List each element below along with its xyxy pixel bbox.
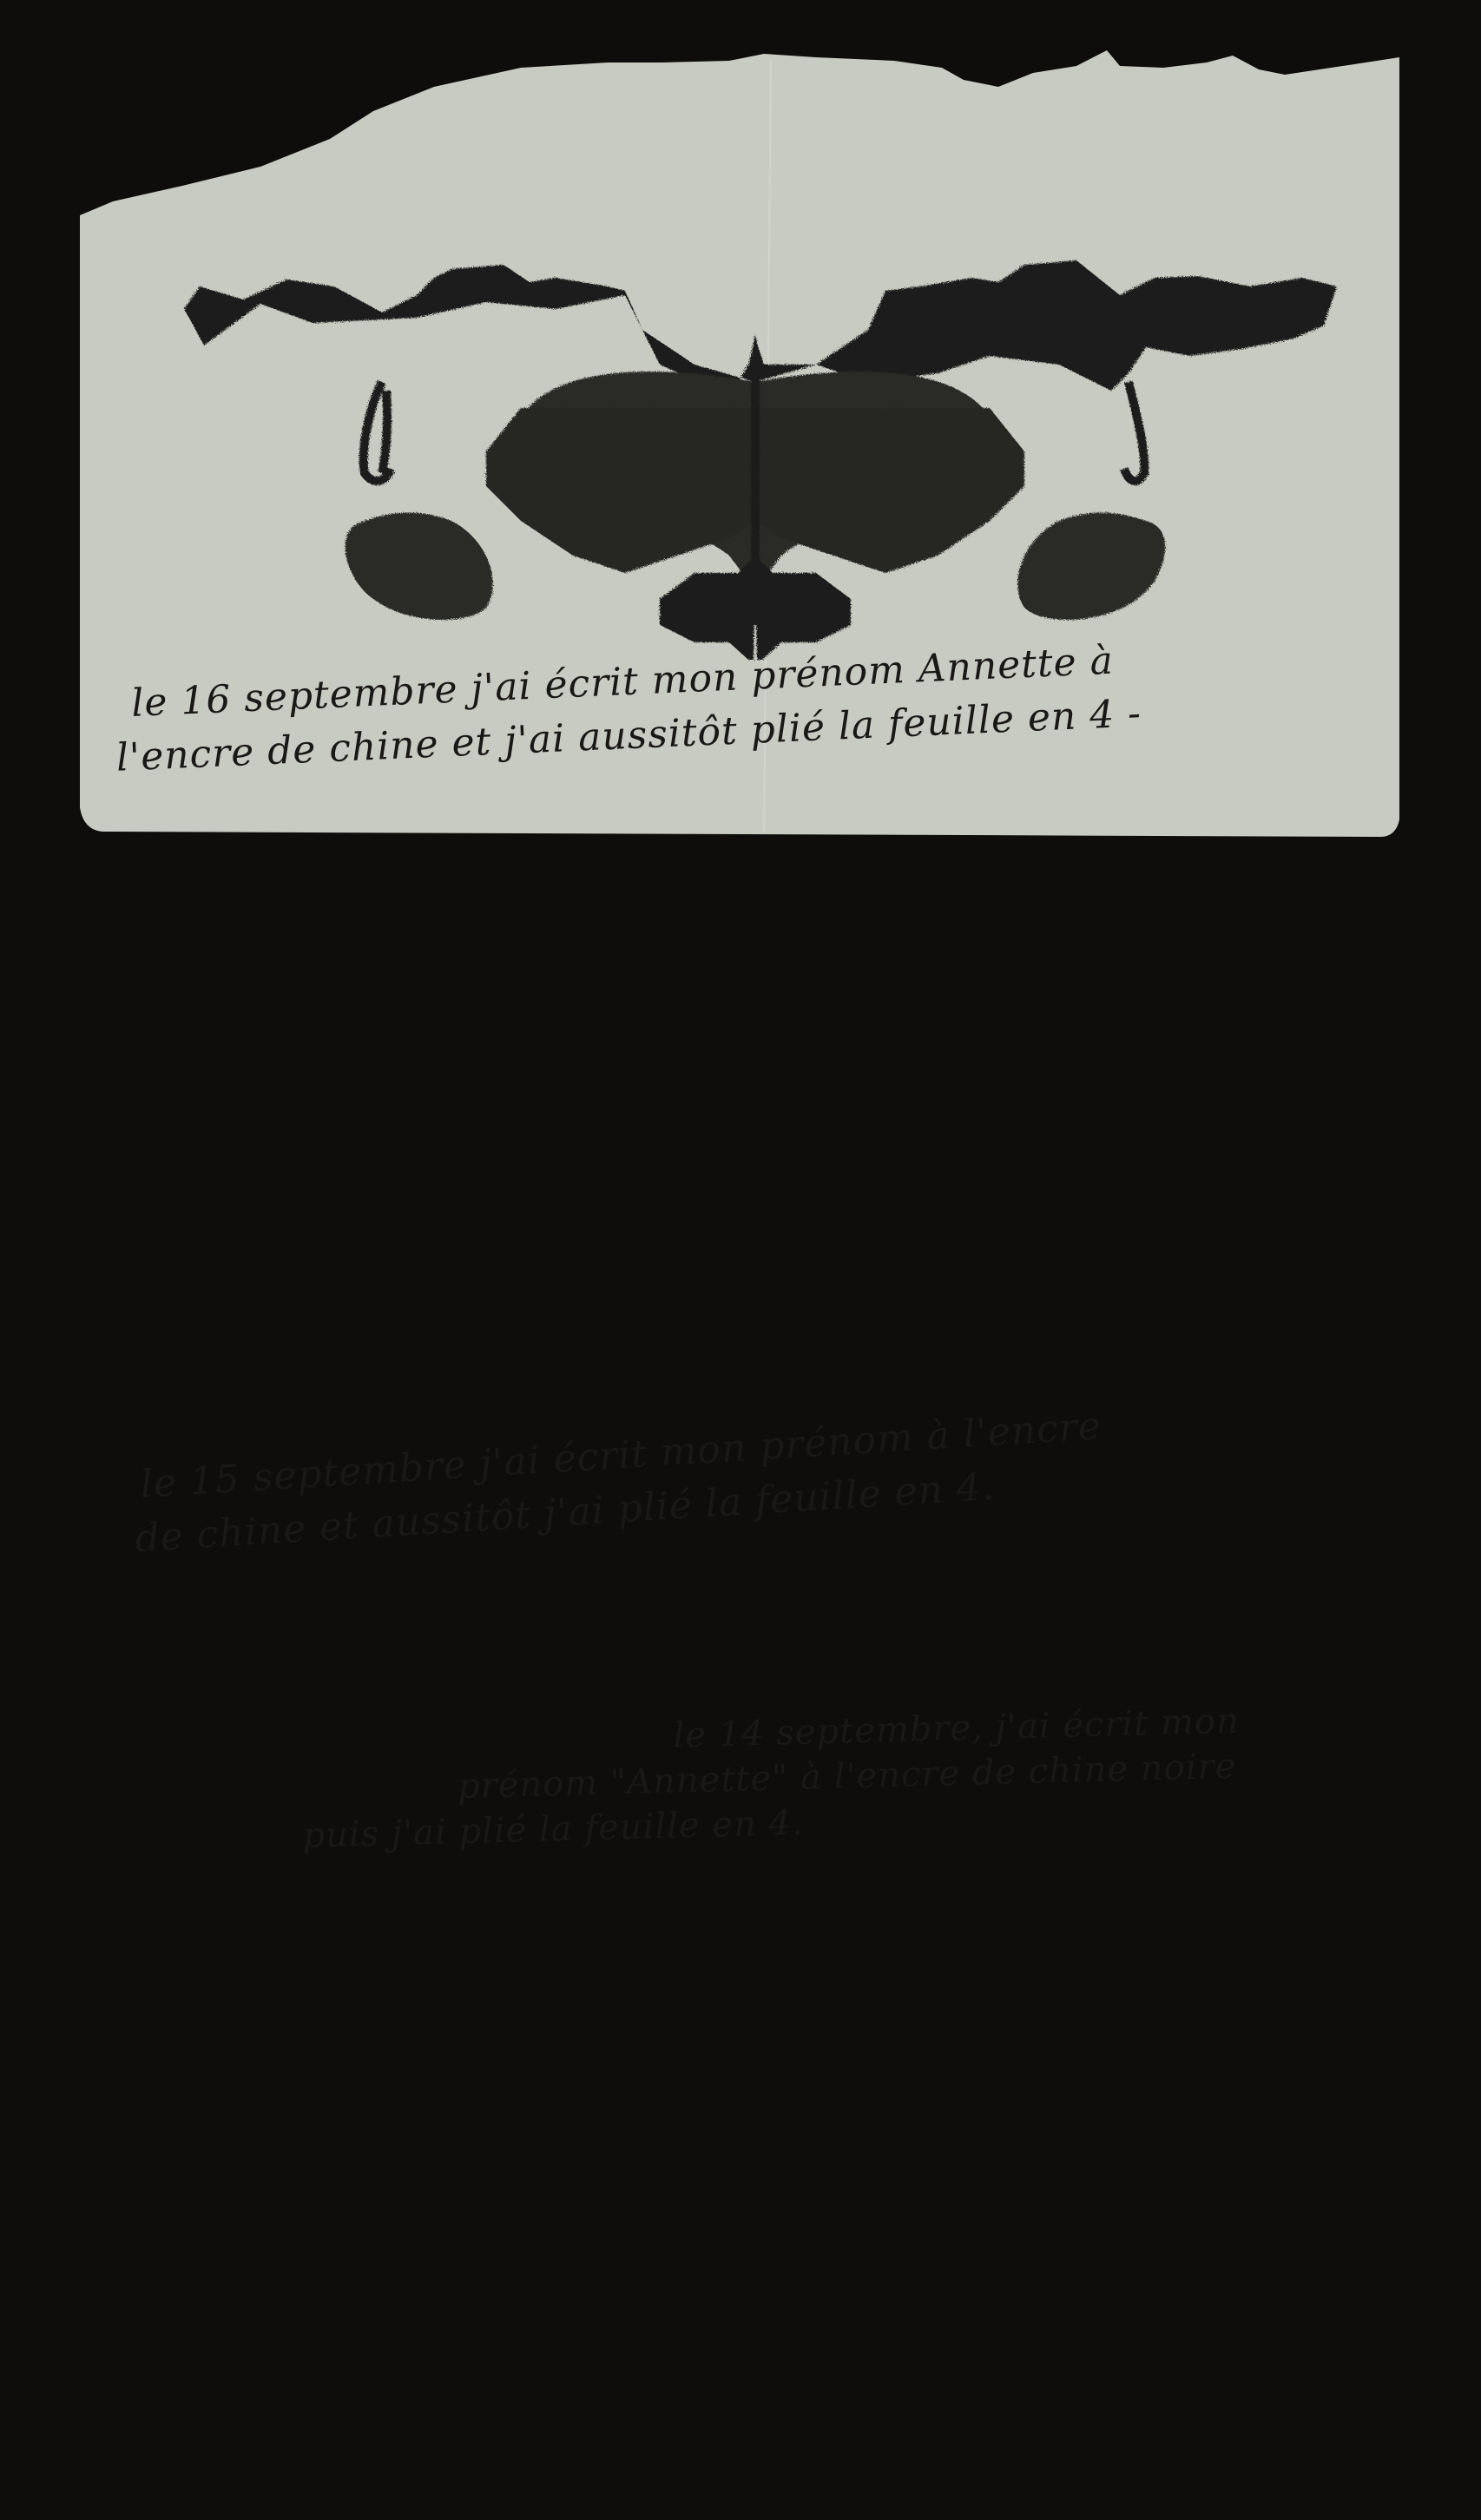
sheet-3-caption: le 14 septembre, j'ai écrit mon prénom "… <box>299 1699 1242 1859</box>
artwork-scene <box>0 0 1481 2520</box>
